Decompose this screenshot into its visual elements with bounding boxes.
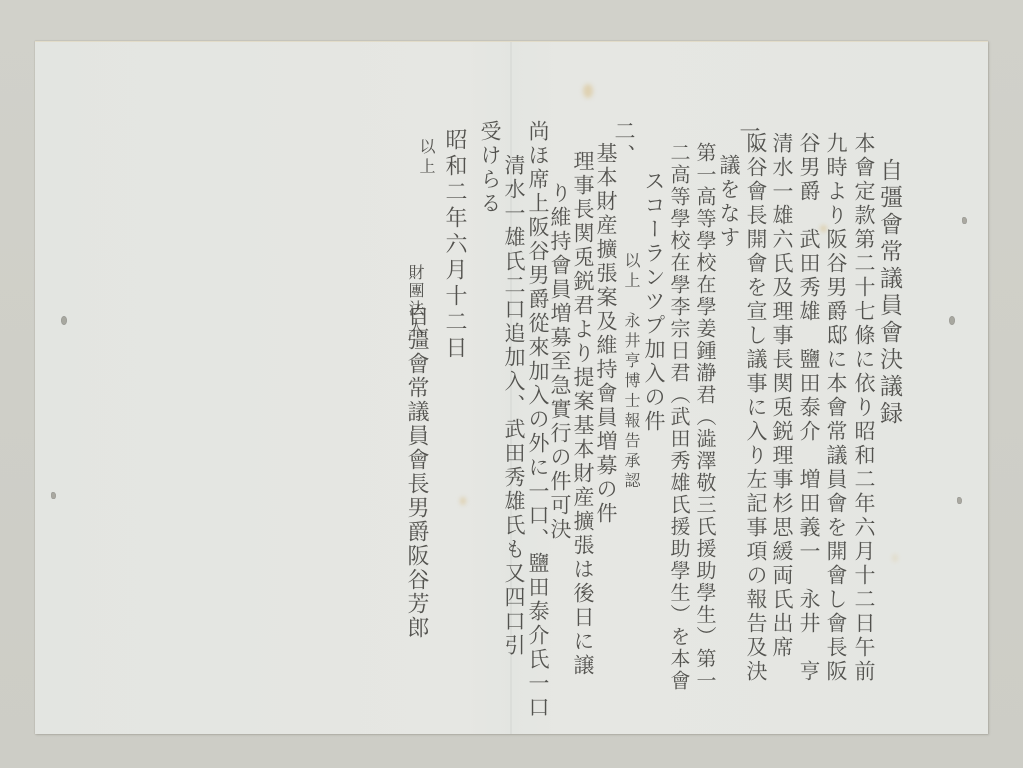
stain <box>892 554 898 562</box>
punch-hole-notch <box>51 492 56 499</box>
end-mark: 以上 <box>418 138 434 178</box>
body-line-5: 阪谷會長開會を宣し議事に入り左記事項の報告及決 <box>745 132 766 684</box>
postscript-line-1: 尚ほ席上阪谷男爵從來加入の外に一口、鹽田泰介氏一口 <box>527 120 548 720</box>
item-1-note: 以上 永井亨博士報告承認 <box>623 252 639 492</box>
closing-date: 昭和二年六月十二日 <box>443 128 465 362</box>
document-title: 自彊會常議員會決議録 <box>877 158 900 428</box>
item-1-line-1: 第一高等學校在學姜鍾瀞君（澁澤敬三氏援助學生）第一 <box>695 142 715 692</box>
body-line-2: 九時より阪谷男爵邸に本會常議員會を開會し會長阪 <box>825 132 846 684</box>
postscript-line-3: 受けらる <box>479 120 500 216</box>
stain <box>583 84 593 98</box>
punch-hole <box>61 316 67 325</box>
body-line-1: 本會定款第二十七條に依り昭和二年六月十二日午前 <box>853 132 874 684</box>
body-line-6: 議をなす <box>718 154 739 250</box>
item-2-line-1: 基本財産擴張案及維持會員増募の件 <box>595 142 616 526</box>
signature: 自彊會常議員會長男爵阪谷芳郎 <box>405 304 427 640</box>
body-line-3: 谷男爵 武田秀雄 鹽田泰介 増田義一 永井 亨 <box>798 132 819 684</box>
stain <box>460 497 466 505</box>
punch-hole <box>949 316 955 325</box>
item-2-line-3: り維持會員増募至急實行の件可決 <box>549 182 570 542</box>
postscript-line-2: 清水一雄氏二口追加入、武田秀雄氏も又四口引 <box>503 154 524 658</box>
item-1-line-2: 二高等學校在學李宗日君（武田秀雄氏援助學生）を本會 <box>669 142 689 692</box>
punch-hole-notch <box>957 497 962 504</box>
item-2-line-2: 理事長関兎鋭君より提案基本財産擴張は後日に譲 <box>572 150 593 678</box>
punch-hole-notch <box>962 217 967 224</box>
item-1-number: 一、 <box>738 120 759 168</box>
body-line-4: 清水一雄六氏及理事長関兎鋭理事杉思緩両氏出席 <box>771 132 792 660</box>
document-page: 自彊會常議員會決議録 本會定款第二十七條に依り昭和二年六月十二日午前 九時より阪… <box>35 41 988 734</box>
item-1-line-3: スコーランツプ加入の件 <box>643 170 664 434</box>
